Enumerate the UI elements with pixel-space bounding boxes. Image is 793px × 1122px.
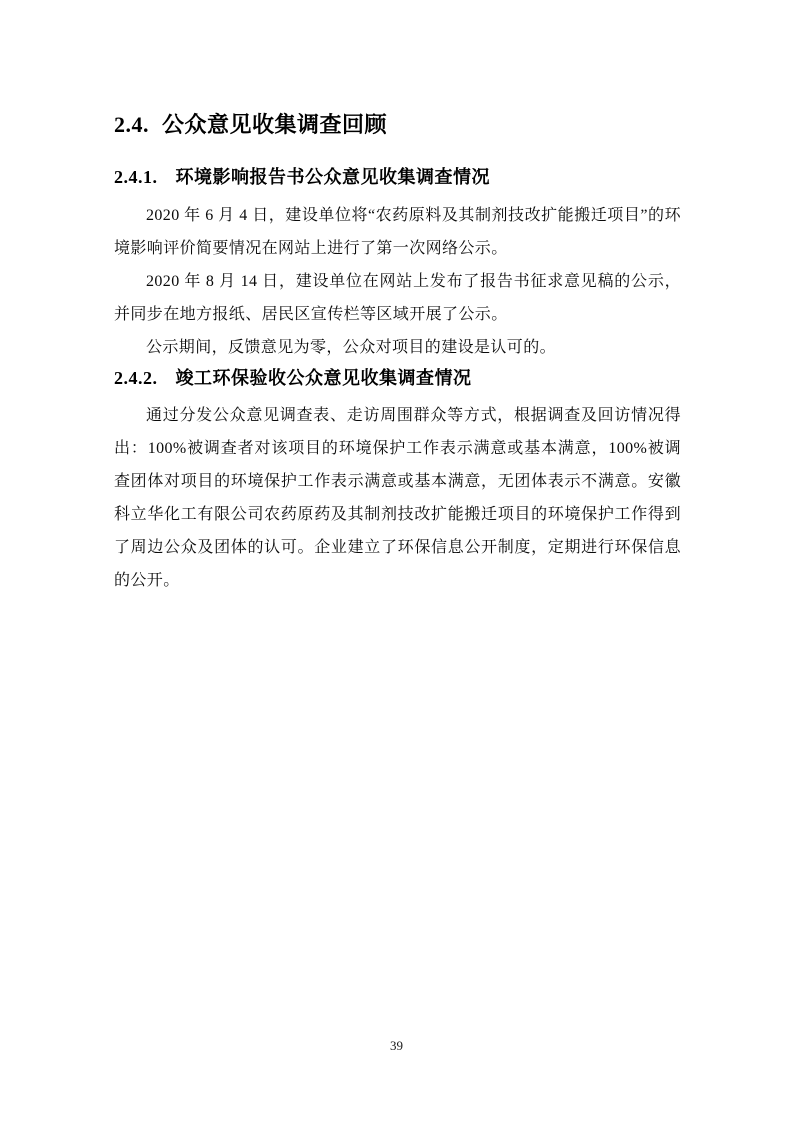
subsection-1-number: 2.4.1. bbox=[114, 167, 158, 187]
paragraph: 通过分发公众意见调查表、走访周围群众等方式，根据调查及回访情况得出：100%被调… bbox=[114, 399, 681, 597]
paragraph: 公示期间，反馈意见为零，公众对项目的建设是认可的。 bbox=[114, 331, 681, 364]
section-heading: 2.4.公众意见收集调查回顾 bbox=[114, 109, 681, 141]
section-number: 2.4. bbox=[114, 112, 149, 137]
subsection-1-title: 环境影响报告书公众意见收集调查情况 bbox=[176, 167, 491, 187]
subsection-2-heading: 2.4.2.竣工环保验收公众意见收集调查情况 bbox=[114, 366, 681, 391]
subsection-1-heading: 2.4.1.环境影响报告书公众意见收集调查情况 bbox=[114, 165, 681, 190]
document-page: 2.4.公众意见收集调查回顾 2.4.1.环境影响报告书公众意见收集调查情况 2… bbox=[0, 0, 793, 1122]
paragraph: 2020 年 8 月 14 日，建设单位在网站上发布了报告书征求意见稿的公示，并… bbox=[114, 265, 681, 331]
section-title: 公众意见收集调查回顾 bbox=[162, 112, 387, 137]
paragraph: 2020 年 6 月 4 日，建设单位将“农药原料及其制剂技改扩能搬迁项目”的环… bbox=[114, 199, 681, 265]
subsection-2-title: 竣工环保验收公众意见收集调查情况 bbox=[176, 368, 472, 388]
page-number: 39 bbox=[0, 1039, 793, 1052]
subsection-2-number: 2.4.2. bbox=[114, 368, 158, 388]
page-content: 2.4.公众意见收集调查回顾 2.4.1.环境影响报告书公众意见收集调查情况 2… bbox=[114, 109, 681, 597]
